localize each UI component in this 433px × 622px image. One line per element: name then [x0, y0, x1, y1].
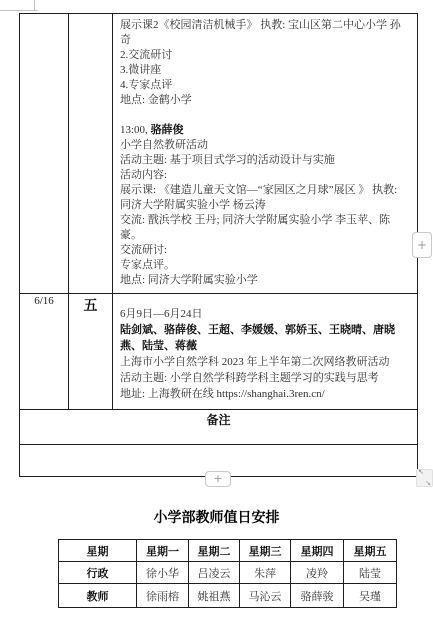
- paragraph: 上海市小学自然学科 2023 年上半年第二次网络教研活动: [120, 354, 410, 370]
- duty-header-cell[interactable]: 星期一: [137, 540, 189, 562]
- remarks-cell[interactable]: 备注: [20, 410, 418, 445]
- paragraph: 4.专家点评: [120, 78, 410, 93]
- plus-icon: +: [213, 472, 222, 485]
- table-resize-handle[interactable]: ↖ ↘: [416, 469, 433, 487]
- paragraph: 展示课2《校园清洁机械手》 执教: 宝山区第二中心小学 孙奇: [120, 18, 410, 48]
- paragraph: 3.微讲座: [120, 63, 410, 78]
- schedule-row-616: 6/16 五 6月9日—6月24日陆剑斌、骆薛俊、王超、李媛媛、郭娇玉、王晓晴、…: [20, 294, 418, 410]
- paragraph: 13:00, 骆薛俊: [120, 123, 410, 138]
- duty-row-label[interactable]: 行政: [59, 562, 137, 584]
- duty-row-teacher: 教师 徐雨榕 姚祖燕 马沁云 骆薛骏 吴瑾: [59, 584, 397, 608]
- paragraph: 交流研讨:: [120, 243, 410, 258]
- duty-header-cell[interactable]: 星期五: [344, 540, 397, 562]
- paragraph: 2.交流研讨: [120, 48, 410, 63]
- activity-text: 6月9日—6月24日陆剑斌、骆薛俊、王超、李媛媛、郭娇玉、王晓晴、唐晓燕、陆莹、…: [114, 295, 416, 402]
- paragraph: 6月9日—6月24日: [120, 306, 410, 322]
- paragraph: 活动主题: 小学自然学科跨学科主题学习的实践与思考: [120, 370, 410, 386]
- duty-row-admin: 行政 徐小华 吕凌云 朱萍 凌羚 陆莹: [59, 562, 397, 584]
- duty-row-label[interactable]: 教师: [59, 584, 137, 608]
- duty-cell[interactable]: 马沁云: [240, 584, 291, 608]
- paragraph: 交流: 戬浜学校 王丹; 同济大学附属实验小学 李玉苹、陈豪。: [120, 213, 410, 243]
- schedule-table: 展示课2《校园清洁机械手》 执教: 宝山区第二中心小学 孙奇2.交流研讨3.微讲…: [19, 13, 418, 477]
- date-cell[interactable]: [20, 14, 69, 294]
- ruler-corner-mark-vertical: [34, 0, 35, 10]
- duty-cell[interactable]: 姚祖燕: [189, 584, 240, 608]
- date-cell[interactable]: 6/16: [20, 294, 69, 410]
- duty-cell[interactable]: 陆莹: [344, 562, 397, 584]
- schedule-row-remarks: 备注: [20, 410, 418, 445]
- paragraph: 陆剑斌、骆薛俊、王超、李媛媛、郭娇玉、王晓晴、唐晓燕、陆莹、蒋薇: [120, 322, 410, 354]
- duty-cell[interactable]: 吴瑾: [344, 584, 397, 608]
- activities-cell[interactable]: 展示课2《校园清洁机械手》 执教: 宝山区第二中心小学 孙奇2.交流研讨3.微讲…: [113, 14, 418, 294]
- insert-column-button[interactable]: +: [412, 232, 432, 258]
- schedule-row-continuation: 展示课2《校园清洁机械手》 执教: 宝山区第二中心小学 孙奇2.交流研讨3.微讲…: [20, 14, 418, 294]
- activity-text: 展示课2《校园清洁机械手》 执教: 宝山区第二中心小学 孙奇2.交流研讨3.微讲…: [114, 15, 416, 288]
- duty-cell[interactable]: 凌羚: [291, 562, 344, 584]
- duty-cell[interactable]: 吕凌云: [189, 562, 240, 584]
- paragraph: 地址: 上海教研在线 https://shanghai.3ren.cn/: [120, 386, 410, 402]
- paragraph: 地点: 金鹤小学: [120, 93, 410, 108]
- duty-header-cell[interactable]: 星期四: [291, 540, 344, 562]
- activities-cell[interactable]: 6月9日—6月24日陆剑斌、骆薛俊、王超、李媛媛、郭娇玉、王晓晴、唐晓燕、陆莹、…: [113, 294, 418, 410]
- paragraph: 活动内容:: [120, 168, 410, 183]
- duty-roster-table: 星期 星期一 星期二 星期三 星期四 星期五 行政 徐小华 吕凌云 朱萍 凌羚 …: [58, 539, 397, 608]
- resize-se-arrow-icon: ↘: [425, 479, 431, 487]
- duty-cell[interactable]: 骆薛骏: [291, 584, 344, 608]
- paragraph: [120, 108, 410, 123]
- weekday-cell[interactable]: 五: [69, 294, 113, 410]
- paragraph: 小学自然教研活动: [120, 138, 410, 153]
- weekday-cell[interactable]: [69, 14, 113, 294]
- paragraph: 地点: 同济大学附属实验小学: [120, 273, 410, 288]
- duty-header-row: 星期 星期一 星期二 星期三 星期四 星期五: [59, 540, 397, 562]
- ruler-corner-mark-horizontal: [0, 10, 38, 11]
- duty-roster-title: 小学部教师值日安排: [0, 507, 433, 527]
- duty-cell[interactable]: 朱萍: [240, 562, 291, 584]
- paragraph: 活动主题: 基于项目式学习的活动设计与实施: [120, 153, 410, 168]
- plus-icon: +: [417, 238, 427, 252]
- insert-row-button[interactable]: +: [205, 471, 231, 487]
- duty-header-cell[interactable]: 星期三: [240, 540, 291, 562]
- resize-nw-arrow-icon: ↖: [418, 468, 424, 476]
- duty-cell[interactable]: 徐雨榕: [137, 584, 189, 608]
- paragraph: 专家点评。: [120, 258, 410, 273]
- duty-cell[interactable]: 徐小华: [137, 562, 189, 584]
- paragraph: 展示课: 《建造儿童天文馆—“家园区之月球”展区 》 执教: 同济大学附属实验小…: [120, 183, 410, 213]
- duty-header-cell[interactable]: 星期: [59, 540, 137, 562]
- duty-header-cell[interactable]: 星期二: [189, 540, 240, 562]
